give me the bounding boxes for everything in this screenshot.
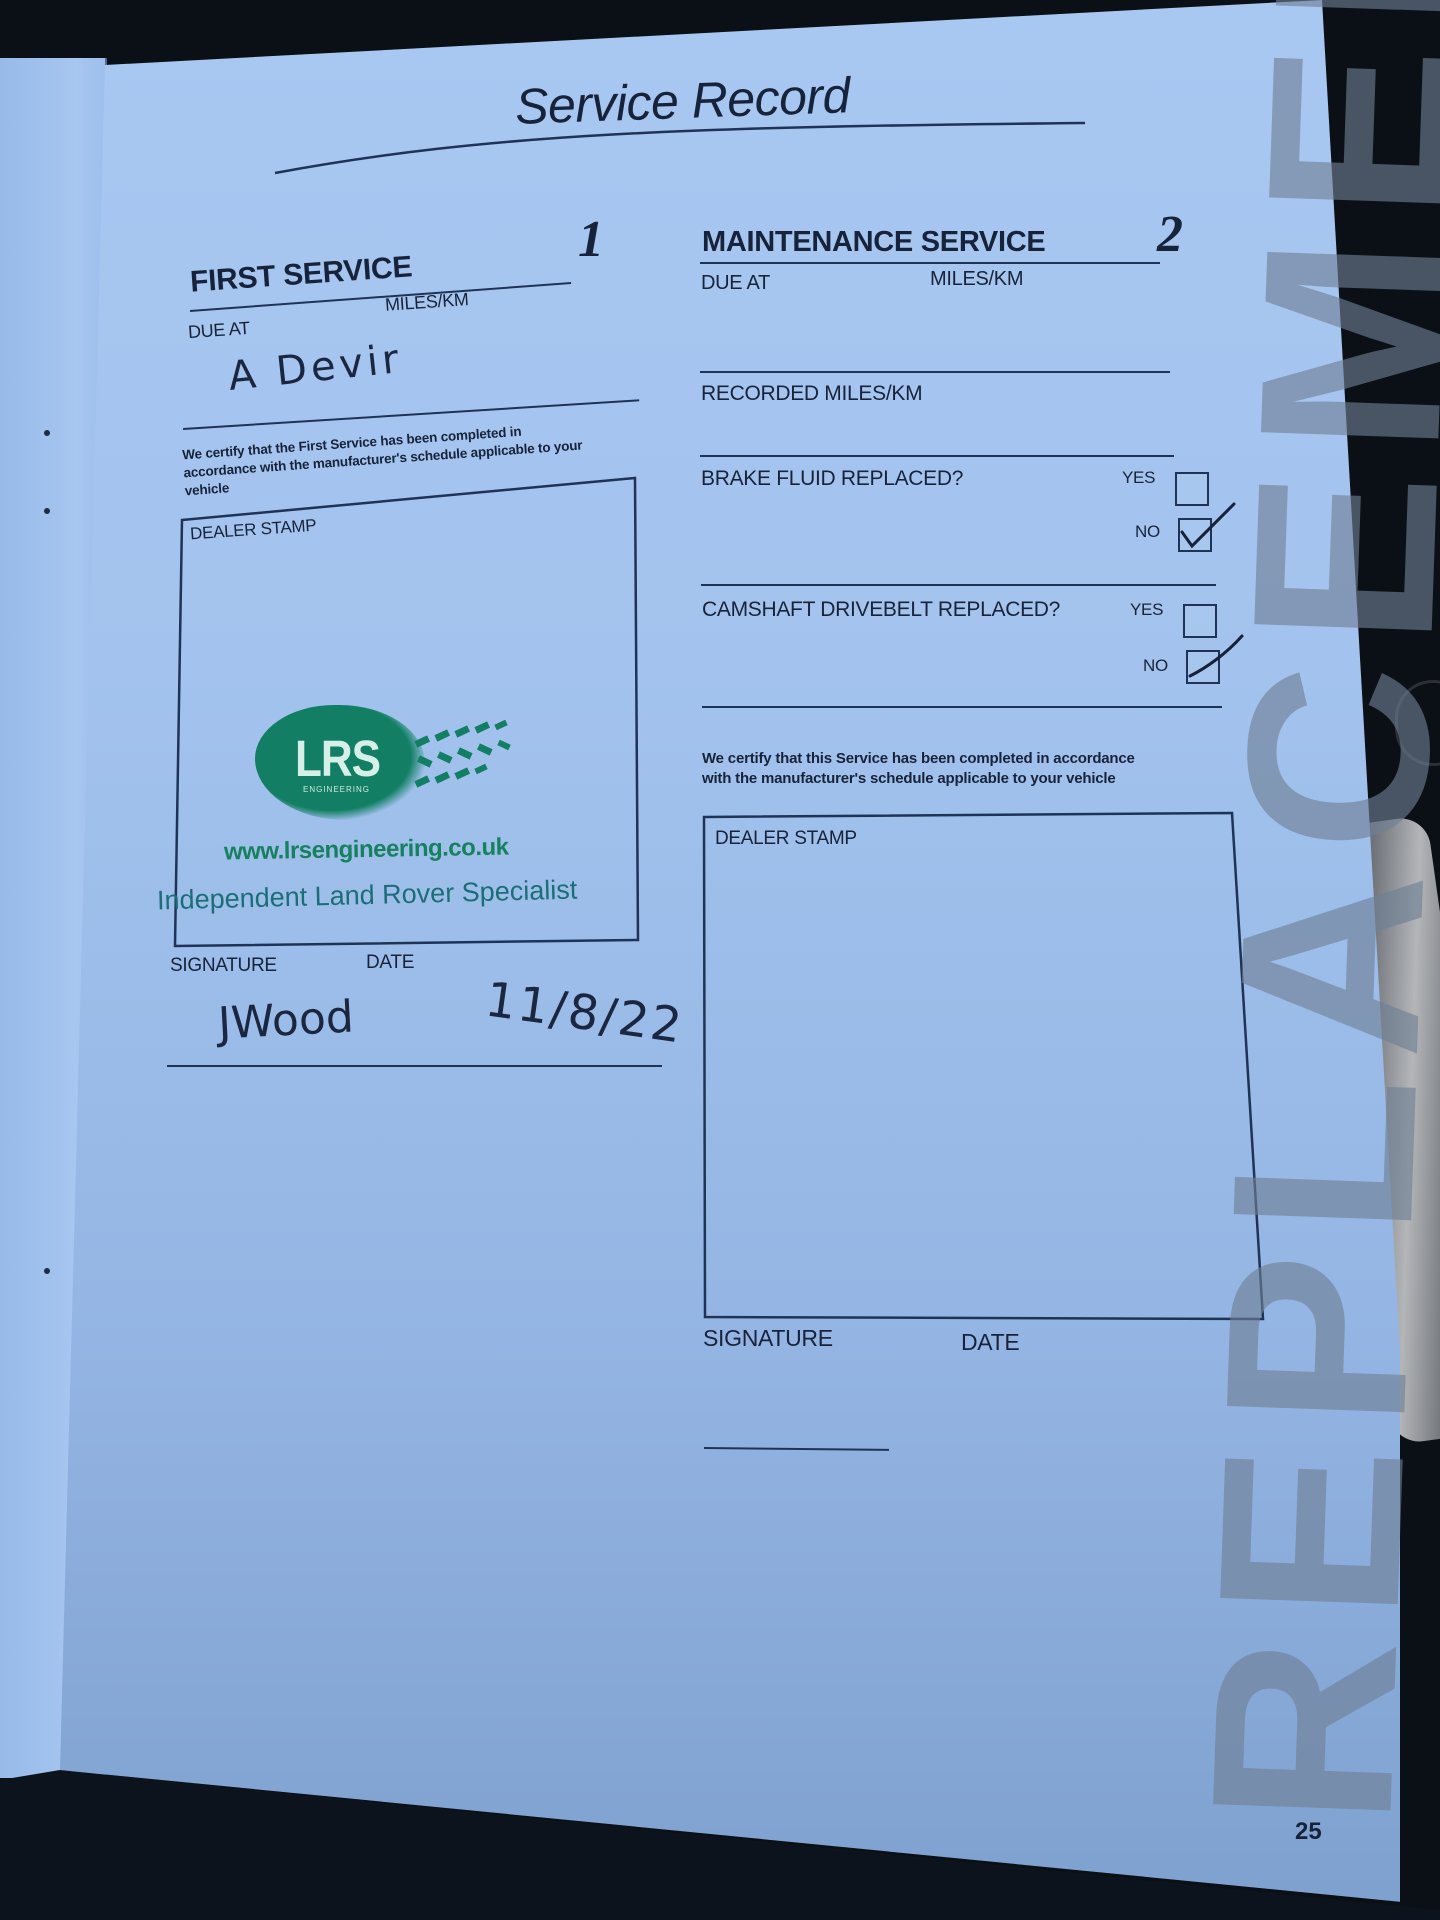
brake-fluid-question: BRAKE FLUID REPLACED? <box>701 467 963 491</box>
due-at-label: DUE AT <box>701 272 770 295</box>
check-mark-icon <box>1178 500 1238 555</box>
camshaft-yes-label: YES <box>1130 600 1163 620</box>
car-interior-knob <box>1395 680 1440 766</box>
due-at-label: DUE AT <box>187 318 250 343</box>
staple <box>44 508 50 514</box>
maintenance-service-title: MAINTENANCE SERVICE <box>702 226 1045 259</box>
miles-km-label: MILES/KM <box>930 268 1023 291</box>
cert-line: with the manufacturer's schedule applica… <box>702 769 1222 789</box>
cert-line: We certify that this Service has been co… <box>702 749 1222 769</box>
divider <box>701 584 1216 586</box>
recorded-miles-label: RECORDED MILES/KM <box>701 382 922 406</box>
staple <box>44 430 50 436</box>
dealer-stamp-box <box>695 805 1275 1325</box>
divider <box>700 455 1174 457</box>
staple <box>44 1268 50 1274</box>
signature-label: SIGNATURE <box>170 955 277 977</box>
title-underline <box>270 115 1090 175</box>
lrs-logo-subtext: ENGINEERING <box>303 785 370 794</box>
maintenance-certification: We certify that this Service has been co… <box>702 749 1222 789</box>
first-service-number: 1 <box>578 210 604 269</box>
handwritten-signature: JWood <box>217 991 355 1049</box>
lrs-website: www.lrsengineering.co.uk <box>224 834 509 867</box>
tyre-tread-icon <box>410 720 550 800</box>
brake-fluid-no-label: NO <box>1135 522 1160 542</box>
check-mark-icon <box>1186 632 1246 684</box>
maintenance-service-number: 2 <box>1157 205 1183 264</box>
divider <box>700 371 1170 373</box>
date-label: DATE <box>961 1329 1019 1356</box>
page-number: 25 <box>1295 1818 1322 1846</box>
lrs-logo-text: LRS <box>295 731 380 789</box>
date-label: DATE <box>366 952 414 974</box>
divider <box>702 706 1222 708</box>
camshaft-no-label: NO <box>1143 656 1168 676</box>
signature-line <box>167 1065 662 1067</box>
camshaft-question: CAMSHAFT DRIVEBELT REPLACED? <box>702 598 1060 622</box>
dealer-stamp-label: DEALER STAMP <box>715 828 857 850</box>
brake-fluid-yes-label: YES <box>1122 468 1155 488</box>
signature-label: SIGNATURE <box>703 1325 833 1352</box>
divider <box>700 262 1160 264</box>
